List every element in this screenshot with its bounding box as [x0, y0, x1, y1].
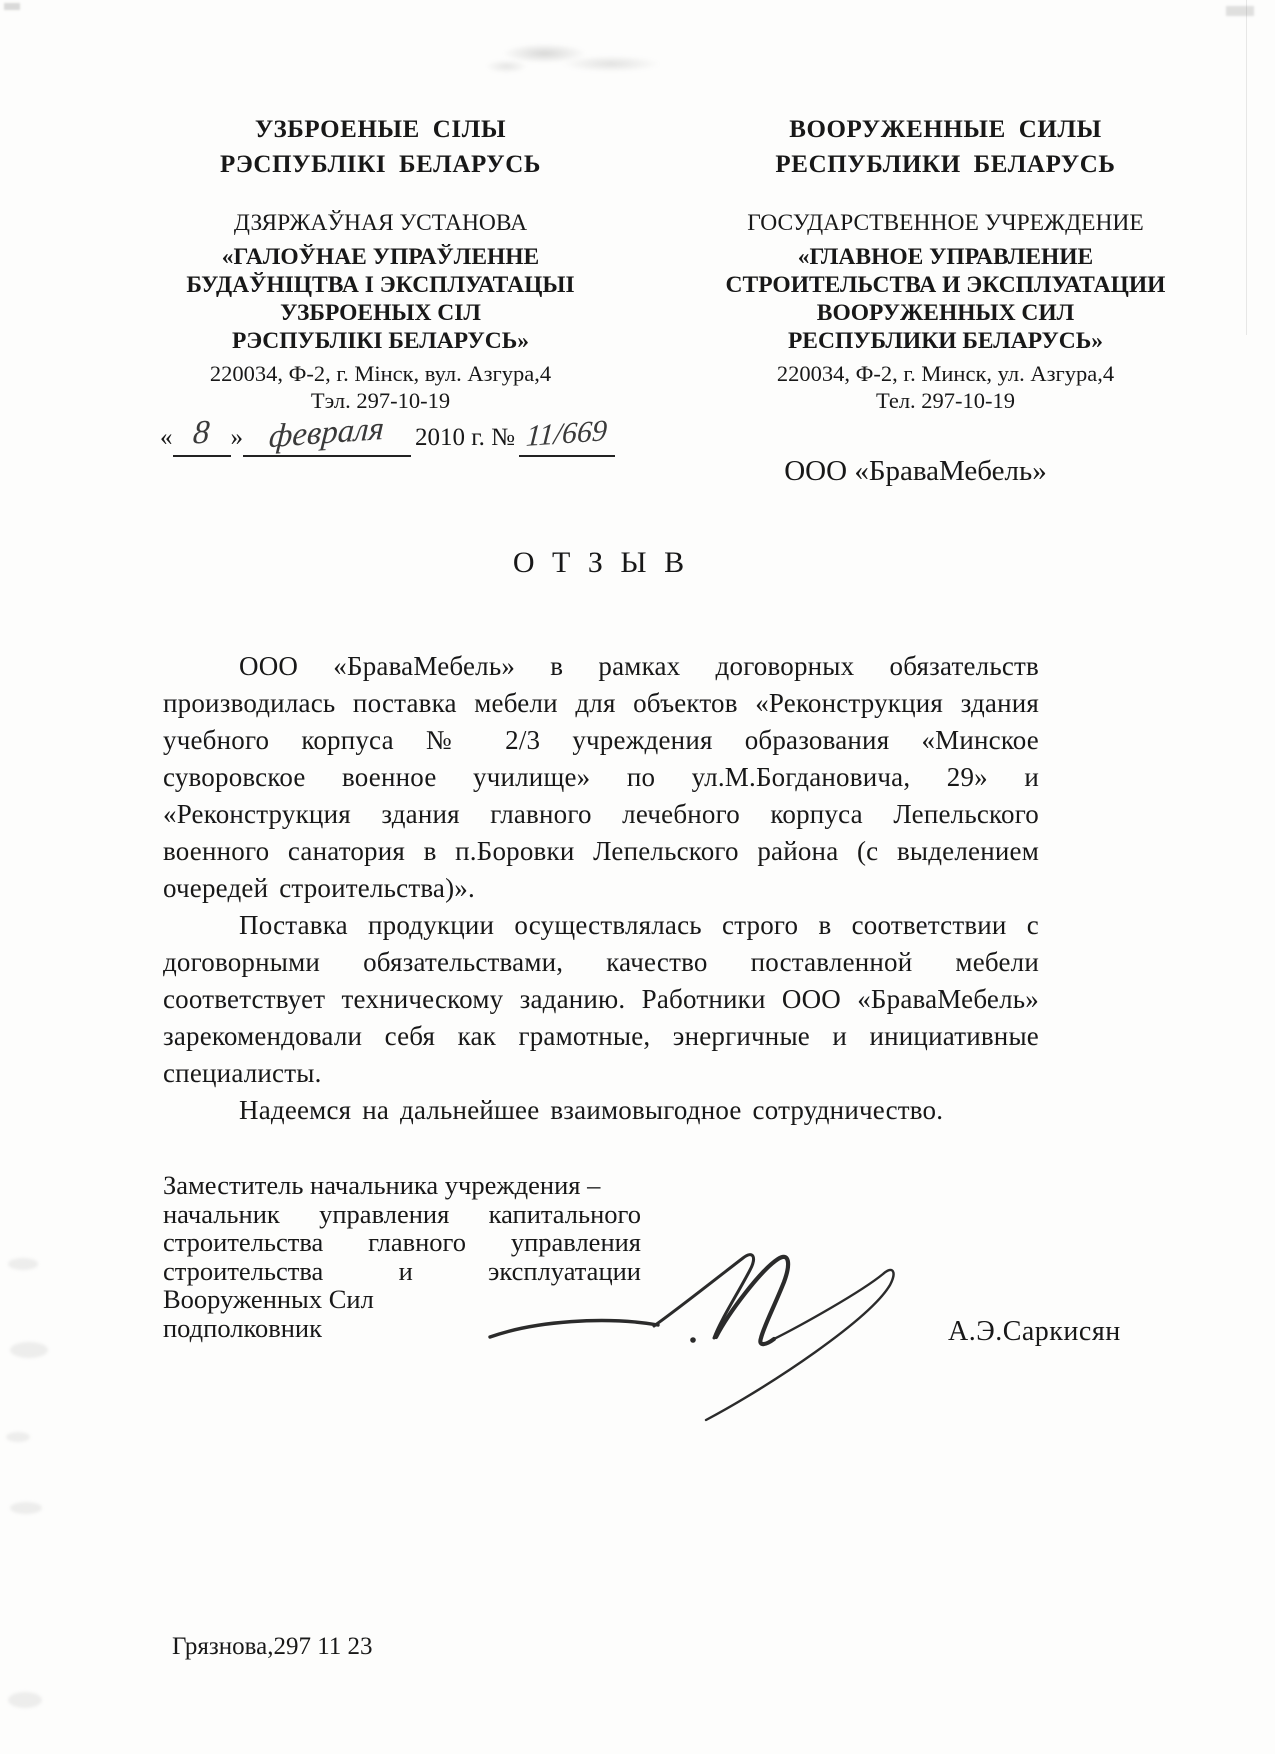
institution-name-line: СТРОИТЕЛЬСТВА И ЭКСПЛУАТАЦИИ: [718, 271, 1173, 299]
body-paragraph: Поставка продукции осуществлялась строго…: [163, 907, 1039, 1092]
date-and-number-line: «8»февраля2010 г. №11/669: [160, 421, 615, 457]
institution-name: «ГЛАВНОЕ УПРАВЛЕНИЕ СТРОИТЕЛЬСТВА И ЭКСП…: [718, 243, 1173, 355]
scan-smudge: [10, 1342, 48, 1358]
org-address: 220034, Ф-2, г. Минск, ул. Азгура,4: [718, 360, 1173, 387]
scan-ghost-stamp: [478, 30, 668, 82]
scan-speck: [4, 3, 20, 10]
org-name-line: РЭСПУБЛІКІ БЕЛАРУСЬ: [158, 147, 603, 182]
institution-name-line: РЭСПУБЛІКІ БЕЛАРУСЬ»: [158, 327, 603, 355]
org-phone: Тел. 297-10-19: [718, 387, 1173, 414]
scan-smudge: [6, 1432, 30, 1442]
handwritten-day: 8: [192, 418, 210, 447]
institution-name-line: ВООРУЖЕННЫХ СИЛ: [718, 299, 1173, 327]
close-quote: »: [231, 424, 244, 451]
signature-autograph: [440, 1213, 910, 1483]
addressee: ООО «БраваМебель»: [733, 455, 1098, 488]
scan-smudge: [8, 1258, 38, 1270]
org-phone: Тэл. 297-10-19: [158, 387, 603, 414]
org-name-line: РЕСПУБЛИКИ БЕЛАРУСЬ: [718, 147, 1173, 182]
letterhead-right-russian: ВООРУЖЕННЫЕ СИЛЫ РЕСПУБЛИКИ БЕЛАРУСЬ ГОС…: [718, 112, 1173, 414]
institution-type-label: ГОСУДАРСТВЕННОЕ УЧРЕЖДЕНИЕ: [718, 209, 1173, 238]
scan-smudge: [8, 1692, 42, 1708]
handwritten-number: 11/669: [526, 417, 609, 451]
institution-name-line: РЕСПУБЛИКИ БЕЛАРУСЬ»: [718, 327, 1173, 355]
scanned-letter-page: УЗБРОЕНЫЕ СІЛЫ РЭСПУБЛІКІ БЕЛАРУСЬ ДЗЯРЖ…: [0, 0, 1275, 1754]
day-blank: 8: [173, 421, 231, 457]
institution-name-line: «ГЛАВНОЕ УПРАВЛЕНИЕ: [718, 243, 1173, 271]
number-blank: 11/669: [519, 421, 615, 457]
org-name-line: ВООРУЖЕННЫЕ СИЛЫ: [718, 112, 1173, 147]
institution-name: «ГАЛОЎНАЕ УПРАЎЛЕННЕ БУДАЎНІЦТВА І ЭКСПЛ…: [158, 243, 603, 355]
scan-smudge: [10, 1502, 42, 1514]
institution-name-line: БУДАЎНІЦТВА І ЭКСПЛУАТАЦЫІ: [158, 271, 603, 299]
letterhead-left-belarusian: УЗБРОЕНЫЕ СІЛЫ РЭСПУБЛІКІ БЕЛАРУСЬ ДЗЯРЖ…: [158, 112, 603, 414]
body-paragraph: ООО «БраваМебель» в рамках договорных об…: [163, 648, 1039, 907]
institution-name-line: «ГАЛОЎНАЕ УПРАЎЛЕННЕ: [158, 243, 603, 271]
scan-speck: [1226, 6, 1254, 16]
year-and-number-sign: 2010 г. №: [411, 424, 519, 451]
signatory-name: А.Э.Саркисян: [948, 1316, 1121, 1348]
open-quote: «: [160, 424, 173, 451]
handwritten-month: февраля: [269, 415, 386, 451]
signature-position-line: Заместитель начальника учреждения –: [163, 1171, 641, 1200]
institution-name-line: УЗБРОЕНЫХ СІЛ: [158, 299, 603, 327]
executor-footer: Грязнова,297 11 23: [172, 1633, 373, 1661]
org-name-line: УЗБРОЕНЫЕ СІЛЫ: [158, 112, 603, 147]
letter-body: ООО «БраваМебель» в рамках договорных об…: [163, 648, 1039, 1129]
scan-edge-line: [1246, 0, 1247, 335]
org-address: 220034, Ф-2, г. Мінск, вул. Азгура,4: [158, 360, 603, 387]
institution-type-label: ДЗЯРЖАЎНАЯ УСТАНОВА: [158, 209, 603, 238]
document-title: О Т З Ы В: [163, 546, 1039, 580]
body-paragraph: Надеемся на дальнейшее взаимовыгодное со…: [163, 1092, 1039, 1129]
month-blank: февраля: [243, 421, 411, 457]
